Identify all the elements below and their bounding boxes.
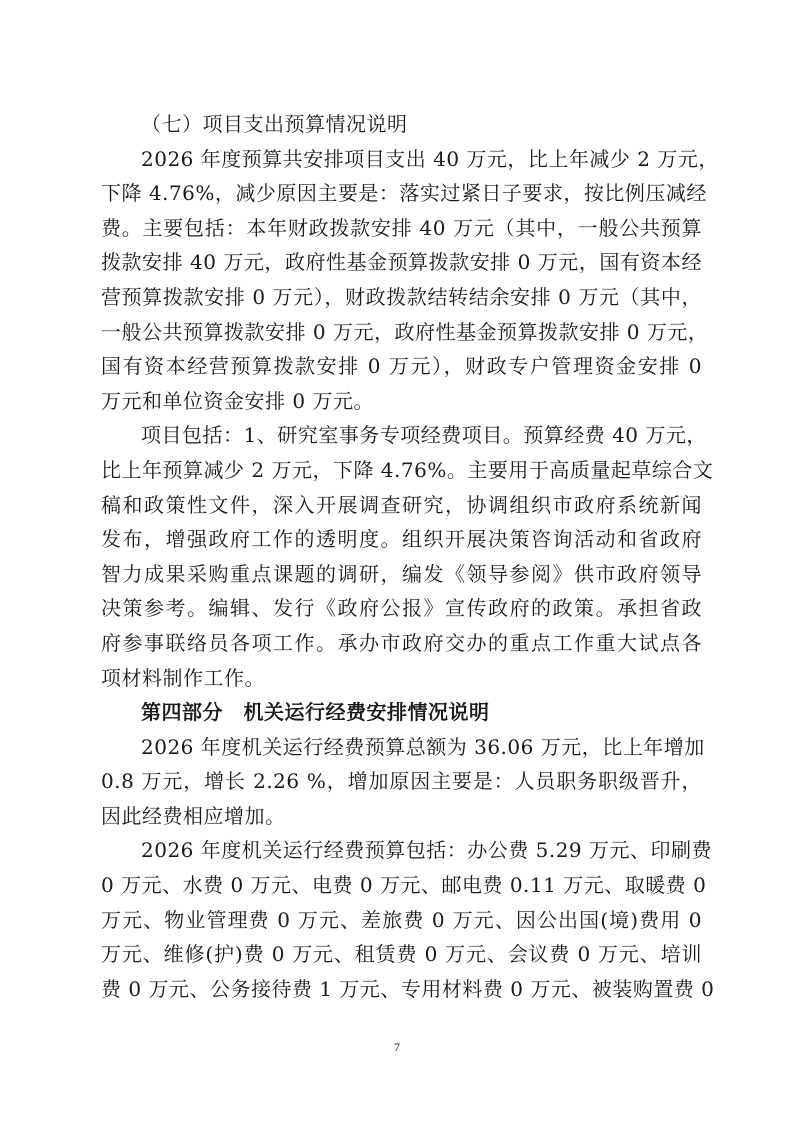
text-line: 万元、维修(护)费 0 万元、租赁费 0 万元、会议费 0 万元、培训 (101, 937, 702, 972)
text-line: 0.8 万元，增长 2.26 %，增加原因主要是：人员职务职级晋升， (101, 764, 702, 799)
page-number: 7 (0, 1040, 794, 1055)
text-line: 一般公共预算拨款安排 0 万元，政府性基金预算拨款安排 0 万元， (101, 315, 702, 350)
text-line: 0 万元、水费 0 万元、电费 0 万元、邮电费 0.11 万元、取暖费 0 (101, 868, 702, 903)
text-line: 项目包括：1、研究室事务专项经费项目。预算经费 40 万元， (101, 418, 702, 453)
text-line: 万元、物业管理费 0 万元、差旅费 0 万元、因公出国(境)费用 0 (101, 903, 702, 938)
text-line: 2026 年度机关运行经费预算包括：办公费 5.29 万元、印刷费 (101, 833, 702, 868)
text-line: 智力成果采购重点课题的调研，编发《领导参阅》供市政府领导 (101, 557, 702, 592)
text-line: 项材料制作工作。 (101, 661, 702, 696)
document-body: （七）项目支出预算情况说明 2026 年度预算共安排项目支出 40 万元，比上年… (101, 107, 702, 1006)
text-line: 营预算拨款安排 0 万元），财政拨款结转结余安排 0 万元（其中， (101, 280, 702, 315)
section-heading-project-expenditure: （七）项目支出预算情况说明 (101, 107, 702, 142)
document-page: （七）项目支出预算情况说明 2026 年度预算共安排项目支出 40 万元，比上年… (0, 0, 794, 1123)
text-line: 稿和政策性文件，深入开展调查研究，协调组织市政府系统新闻 (101, 488, 702, 523)
text-line: 费。主要包括：本年财政拨款安排 40 万元（其中，一般公共预算 (101, 211, 702, 246)
paragraph-project-details: 项目包括：1、研究室事务专项经费项目。预算经费 40 万元， 比上年预算减少 2… (101, 418, 702, 695)
paragraph-operating-expense-total: 2026 年度机关运行经费预算总额为 36.06 万元，比上年增加 0.8 万元… (101, 730, 702, 834)
text-line: 2026 年度机关运行经费预算总额为 36.06 万元，比上年增加 (101, 730, 702, 765)
text-line: 下降 4.76%，减少原因主要是：落实过紧日子要求，按比例压减经 (101, 176, 702, 211)
text-line: 比上年预算减少 2 万元，下降 4.76%。主要用于高质量起草综合文 (101, 453, 702, 488)
text-line: 决策参考。编辑、发行《政府公报》宣传政府的政策。承担省政 (101, 591, 702, 626)
text-line: 万元和单位资金安排 0 万元。 (101, 384, 702, 419)
text-line: 发布，增强政府工作的透明度。组织开展决策咨询活动和省政府 (101, 522, 702, 557)
paragraph-project-expenditure-summary: 2026 年度预算共安排项目支出 40 万元，比上年减少 2 万元， 下降 4.… (101, 142, 702, 419)
text-line: 因此经费相应增加。 (101, 799, 702, 834)
paragraph-operating-expense-breakdown: 2026 年度机关运行经费预算包括：办公费 5.29 万元、印刷费 0 万元、水… (101, 833, 702, 1006)
text-line: 府参事联络员各项工作。承办市政府交办的重点工作重大试点各 (101, 626, 702, 661)
text-line: 2026 年度预算共安排项目支出 40 万元，比上年减少 2 万元， (101, 142, 702, 177)
part-four-heading: 第四部分 机关运行经费安排情况说明 (101, 695, 702, 730)
text-line: 国有资本经营预算拨款安排 0 万元），财政专户管理资金安排 0 (101, 349, 702, 384)
text-line: 拨款安排 40 万元，政府性基金预算拨款安排 0 万元，国有资本经 (101, 245, 702, 280)
text-line: 费 0 万元、公务接待费 1 万元、专用材料费 0 万元、被装购置费 0 (101, 972, 702, 1007)
